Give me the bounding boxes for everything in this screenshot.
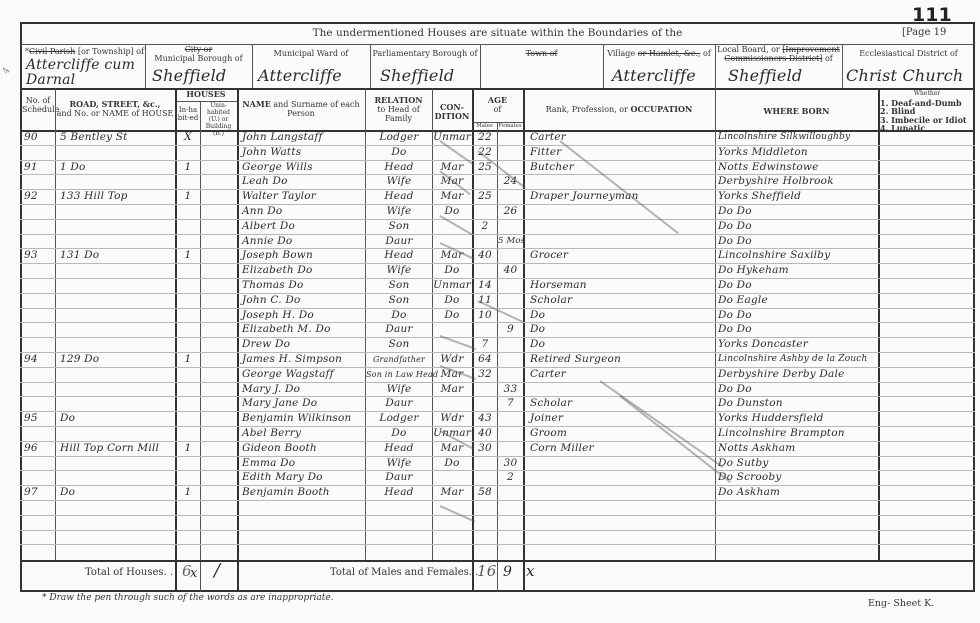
- relation-cell: Grandfather: [366, 352, 432, 367]
- male-age-cell: 30: [473, 441, 497, 456]
- district-village-label: Village or Hamlet, &c., of: [603, 49, 715, 58]
- relation-cell: Head: [366, 160, 432, 175]
- total-females: 9: [503, 564, 512, 580]
- where-born-cell: Notts Edwinstowe: [718, 160, 876, 175]
- female-age-cell: [498, 219, 523, 234]
- where-born-cell: Derbyshire Holbrook: [718, 174, 876, 189]
- female-age-cell: [498, 145, 523, 160]
- inhabited-cell: 1: [176, 441, 200, 456]
- address-cell: Do: [60, 485, 172, 500]
- name-cell: Mary Jane Do: [242, 396, 364, 411]
- address-cell: [60, 174, 172, 189]
- male-age-cell: 40: [473, 426, 497, 441]
- name-cell: Leah Do: [242, 174, 364, 189]
- address-cell: [60, 145, 172, 160]
- total-males: 16: [477, 562, 497, 580]
- address-cell: [60, 396, 172, 411]
- name-cell: Benjamin Booth: [242, 485, 364, 500]
- schedule-cell: [24, 293, 54, 308]
- district-ecclesiastical-value: Christ Church: [846, 66, 963, 85]
- address-cell: 5 Bentley St: [60, 130, 172, 145]
- name-cell: Edith Mary Do: [242, 470, 364, 485]
- condition-cell: Unmar: [433, 278, 471, 293]
- occupation-cell: [530, 174, 714, 189]
- name-cell: Abel Berry: [242, 426, 364, 441]
- address-cell: [60, 470, 172, 485]
- where-born-cell: Do Dunston: [718, 396, 876, 411]
- schedule-cell: 91: [24, 160, 54, 175]
- address-cell: [60, 263, 172, 278]
- schedule-cell: 92: [24, 189, 54, 204]
- occupation-cell: Retired Surgeon: [530, 352, 714, 367]
- district-civil-parish-value: Attercliffe cum Darnal: [26, 58, 144, 88]
- inhabited-cell: [176, 322, 200, 337]
- relation-cell: Wife: [366, 456, 432, 471]
- condition-cell: Do: [433, 293, 471, 308]
- schedule-cell: 90: [24, 130, 54, 145]
- inhabited-cell: 1: [176, 352, 200, 367]
- page-label: [Page 19: [902, 27, 946, 38]
- condition-cell: Unmar: [433, 130, 471, 145]
- district-village-value: Attercliffe: [612, 66, 696, 85]
- address-cell: [60, 234, 172, 249]
- schedule-cell: [24, 426, 54, 441]
- relation-cell: Head: [366, 248, 432, 263]
- district-local-board-label: Local Board, or [Improvement Commissione…: [715, 45, 842, 63]
- inhabited-cell: 1: [176, 160, 200, 175]
- district-ecclesiastical-label: Ecclesiastical District of: [842, 49, 975, 58]
- inhabited-cell: 1: [176, 248, 200, 263]
- occupation-cell: Do: [530, 322, 714, 337]
- inhabited-cell: X: [176, 130, 200, 145]
- relation-cell: Do: [366, 426, 432, 441]
- name-cell: Ann Do: [242, 204, 364, 219]
- name-cell: John C. Do: [242, 293, 364, 308]
- relation-cell: Head: [366, 485, 432, 500]
- inhabited-cell: [176, 278, 200, 293]
- male-age-cell: [473, 234, 497, 249]
- sheet-label: Eng- Sheet K.: [868, 598, 934, 609]
- condition-cell: Mar: [433, 485, 471, 500]
- where-born-cell: Do Do: [718, 234, 876, 249]
- male-age-cell: 25: [473, 189, 497, 204]
- name-cell: James H. Simpson: [242, 352, 364, 367]
- inhabited-cell: [176, 396, 200, 411]
- male-age-cell: 22: [473, 130, 497, 145]
- condition-cell: Mar: [433, 160, 471, 175]
- where-born-cell: Do Scrooby: [718, 470, 876, 485]
- address-cell: [60, 219, 172, 234]
- occupation-cell: [530, 456, 714, 471]
- female-age-cell: [498, 293, 523, 308]
- female-age-cell: [498, 278, 523, 293]
- inhabited-cell: [176, 234, 200, 249]
- male-age-cell: 64: [473, 352, 497, 367]
- schedule-cell: [24, 308, 54, 323]
- inhabited-cell: [176, 426, 200, 441]
- district-parliamentary-label: Parliamentary Borough of: [370, 49, 480, 58]
- relation-cell: Son: [366, 293, 432, 308]
- name-cell: Joseph H. Do: [242, 308, 364, 323]
- schedule-cell: 94: [24, 352, 54, 367]
- male-age-cell: 2: [473, 219, 497, 234]
- district-municipal-borough-value: Sheffield: [152, 66, 226, 85]
- total-mark: x: [526, 562, 535, 580]
- where-born-cell: Lincolnshire Silkwilloughby: [718, 130, 876, 145]
- col-females: Females: [497, 123, 523, 130]
- col-name: NAME and Surname of each Person: [237, 100, 365, 118]
- male-age-cell: 14: [473, 278, 497, 293]
- relation-cell: Daur: [366, 470, 432, 485]
- where-born-cell: Do Do: [718, 219, 876, 234]
- male-age-cell: [473, 382, 497, 397]
- where-born-cell: Do Do: [718, 322, 876, 337]
- col-condition: CON-DITION: [434, 103, 470, 121]
- female-age-cell: 40: [498, 263, 523, 278]
- col-occupation: Rank, Profession, or OCCUPATION: [523, 105, 715, 114]
- relation-cell: Son: [366, 278, 432, 293]
- male-age-cell: [473, 396, 497, 411]
- relation-cell: Lodger: [366, 130, 432, 145]
- relation-cell: Son: [366, 337, 432, 352]
- relation-cell: Do: [366, 308, 432, 323]
- inhabited-cell: 1: [176, 189, 200, 204]
- condition-cell: Wdr: [433, 411, 471, 426]
- where-born-cell: Do Hykeham: [718, 263, 876, 278]
- relation-cell: Head: [366, 441, 432, 456]
- address-cell: [60, 204, 172, 219]
- schedule-cell: [24, 219, 54, 234]
- col-infirmity: Whether 1. Deaf-and-Dumb 2. Blind 3. Imb…: [880, 90, 974, 133]
- address-cell: [60, 278, 172, 293]
- col-road: ROAD, STREET, &c.,and No. or NAME of HOU…: [55, 100, 175, 118]
- district-ward-value: Attercliffe: [258, 66, 342, 85]
- address-cell: [60, 382, 172, 397]
- address-cell: 1 Do: [60, 160, 172, 175]
- inhabited-cell: [176, 219, 200, 234]
- schedule-cell: [24, 145, 54, 160]
- relation-cell: Daur: [366, 234, 432, 249]
- name-cell: Walter Taylor: [242, 189, 364, 204]
- schedule-cell: [24, 396, 54, 411]
- name-cell: Gideon Booth: [242, 441, 364, 456]
- female-age-cell: [498, 426, 523, 441]
- where-born-cell: Notts Askham: [718, 441, 876, 456]
- where-born-cell: Yorks Sheffield: [718, 189, 876, 204]
- col-males: Males: [472, 123, 497, 130]
- male-age-cell: 32: [473, 367, 497, 382]
- male-age-cell: 40: [473, 248, 497, 263]
- schedule-cell: [24, 470, 54, 485]
- female-age-cell: [498, 441, 523, 456]
- schedule-cell: [24, 204, 54, 219]
- male-age-cell: 58: [473, 485, 497, 500]
- schedule-cell: [24, 174, 54, 189]
- address-cell: [60, 293, 172, 308]
- schedule-cell: [24, 234, 54, 249]
- inhabited-cell: [176, 174, 200, 189]
- inhabited-cell: [176, 456, 200, 471]
- district-parliamentary-value: Sheffield: [380, 66, 454, 85]
- relation-cell: Wife: [366, 382, 432, 397]
- inhabited-cell: [176, 382, 200, 397]
- district-civil-parish-label: *Civil Parish [or Township] of: [25, 47, 145, 56]
- female-age-cell: [498, 352, 523, 367]
- inhabited-cell: [176, 470, 200, 485]
- occupation-cell: [530, 485, 714, 500]
- schedule-cell: [24, 456, 54, 471]
- name-cell: Drew Do: [242, 337, 364, 352]
- schedule-cell: [24, 278, 54, 293]
- occupation-cell: [530, 204, 714, 219]
- occupation-cell: Carter: [530, 367, 714, 382]
- relation-cell: Wife: [366, 263, 432, 278]
- total-houses-mark: x: [190, 566, 198, 581]
- condition-cell: [433, 322, 471, 337]
- name-cell: Benjamin Wilkinson: [242, 411, 364, 426]
- schedule-cell: [24, 382, 54, 397]
- footnote: * Draw the pen through such of the words…: [42, 593, 334, 603]
- inhabited-cell: [176, 204, 200, 219]
- address-cell: [60, 308, 172, 323]
- where-born-cell: Yorks Doncaster: [718, 337, 876, 352]
- female-age-cell: 9: [498, 322, 523, 337]
- total-houses-uninhabited: /: [214, 560, 220, 581]
- condition-cell: Mar: [433, 382, 471, 397]
- name-cell: Emma Do: [242, 456, 364, 471]
- where-born-cell: Do Eagle: [718, 293, 876, 308]
- address-cell: 133 Hill Top: [60, 189, 172, 204]
- occupation-cell: Grocer: [530, 248, 714, 263]
- inhabited-cell: [176, 145, 200, 160]
- female-age-cell: 5 Mos: [498, 234, 523, 249]
- female-age-cell: 26: [498, 204, 523, 219]
- name-cell: John Watts: [242, 145, 364, 160]
- condition-cell: [433, 396, 471, 411]
- schedule-cell: 96: [24, 441, 54, 456]
- address-cell: [60, 322, 172, 337]
- col-age: AGEof: [472, 96, 523, 114]
- schedule-cell: [24, 367, 54, 382]
- condition-cell: Do: [433, 308, 471, 323]
- female-age-cell: [498, 485, 523, 500]
- occupation-cell: [530, 470, 714, 485]
- male-age-cell: [473, 322, 497, 337]
- male-age-cell: 43: [473, 411, 497, 426]
- inhabited-cell: [176, 263, 200, 278]
- name-cell: Joseph Bown: [242, 248, 364, 263]
- address-cell: Hill Top Corn Mill: [60, 441, 172, 456]
- col-houses: HOUSES: [175, 90, 237, 99]
- occupation-cell: Scholar: [530, 293, 714, 308]
- name-cell: Mary J. Do: [242, 382, 364, 397]
- schedule-cell: [24, 263, 54, 278]
- name-cell: George Wagstaff: [242, 367, 364, 382]
- form-title: The undermentioned Houses are situate wi…: [20, 27, 975, 39]
- address-cell: [60, 426, 172, 441]
- district-local-board-value: Sheffield: [728, 66, 802, 85]
- occupation-cell: Carter: [530, 130, 714, 145]
- address-cell: 129 Do: [60, 352, 172, 367]
- female-age-cell: [498, 160, 523, 175]
- where-born-cell: Do Do: [718, 308, 876, 323]
- occupation-cell: Do: [530, 337, 714, 352]
- female-age-cell: [498, 189, 523, 204]
- name-cell: Albert Do: [242, 219, 364, 234]
- relation-cell: Daur: [366, 322, 432, 337]
- col-schedule: No. of Schedule: [22, 96, 54, 114]
- name-cell: Thomas Do: [242, 278, 364, 293]
- occupation-cell: [530, 234, 714, 249]
- schedule-cell: [24, 337, 54, 352]
- male-age-cell: [473, 470, 497, 485]
- col-inhabited: In-habit-ed: [177, 106, 199, 122]
- total-houses-label: Total of Houses. .: [85, 567, 173, 578]
- address-cell: [60, 337, 172, 352]
- female-age-cell: [498, 367, 523, 382]
- condition-cell: Do: [433, 456, 471, 471]
- name-cell: George Wills: [242, 160, 364, 175]
- occupation-cell: Horseman: [530, 278, 714, 293]
- relation-cell: Head: [366, 189, 432, 204]
- schedule-cell: 93: [24, 248, 54, 263]
- occupation-cell: Do: [530, 308, 714, 323]
- male-age-cell: [473, 263, 497, 278]
- relation-cell: Son in Law Head: [366, 367, 432, 382]
- inhabited-cell: [176, 367, 200, 382]
- occupation-cell: [530, 219, 714, 234]
- schedule-cell: 95: [24, 411, 54, 426]
- relation-cell: Daur: [366, 396, 432, 411]
- name-cell: John Langstaff: [242, 130, 364, 145]
- inhabited-cell: [176, 293, 200, 308]
- inhabited-cell: 1: [176, 485, 200, 500]
- where-born-cell: Do Sutby: [718, 456, 876, 471]
- inhabited-cell: [176, 411, 200, 426]
- female-age-cell: 2: [498, 470, 523, 485]
- inhabited-cell: [176, 308, 200, 323]
- relation-cell: Wife: [366, 174, 432, 189]
- female-age-cell: [498, 337, 523, 352]
- condition-cell: Do: [433, 263, 471, 278]
- female-age-cell: [498, 411, 523, 426]
- name-cell: Elizabeth M. Do: [242, 322, 364, 337]
- address-cell: 131 Do: [60, 248, 172, 263]
- occupation-cell: Groom: [530, 426, 714, 441]
- relation-cell: Lodger: [366, 411, 432, 426]
- inhabited-cell: [176, 337, 200, 352]
- schedule-cell: [24, 322, 54, 337]
- female-age-cell: 7: [498, 396, 523, 411]
- female-age-cell: 30: [498, 456, 523, 471]
- condition-cell: Wdr: [433, 352, 471, 367]
- female-age-cell: [498, 130, 523, 145]
- occupation-cell: Butcher: [530, 160, 714, 175]
- relation-cell: Do: [366, 145, 432, 160]
- occupation-cell: Fitter: [530, 145, 714, 160]
- name-cell: Elizabeth Do: [242, 263, 364, 278]
- relation-cell: Wife: [366, 204, 432, 219]
- district-municipal-borough-label: City or Municipal Borough of: [145, 45, 252, 63]
- where-born-cell: Lincolnshire Brampton: [718, 426, 876, 441]
- where-born-cell: Do Do: [718, 278, 876, 293]
- male-age-cell: 7: [473, 337, 497, 352]
- condition-cell: [433, 234, 471, 249]
- where-born-cell: Do Do: [718, 204, 876, 219]
- col-where-born: WHERE BORN: [715, 107, 878, 116]
- name-cell: Annie Do: [242, 234, 364, 249]
- female-age-cell: 33: [498, 382, 523, 397]
- address-cell: [60, 367, 172, 382]
- district-ward-label: Municipal Ward of: [252, 49, 370, 58]
- address-cell: [60, 456, 172, 471]
- male-age-cell: [473, 456, 497, 471]
- occupation-cell: Joiner: [530, 411, 714, 426]
- occupation-cell: [530, 263, 714, 278]
- where-born-cell: Lincolnshire Ashby de la Zouch: [718, 352, 876, 367]
- district-town-label: Town of: [480, 49, 603, 58]
- address-cell: Do: [60, 411, 172, 426]
- male-age-cell: [473, 204, 497, 219]
- total-persons-label: Total of Males and Females. .: [330, 567, 478, 578]
- female-age-cell: [498, 248, 523, 263]
- where-born-cell: Yorks Middleton: [718, 145, 876, 160]
- where-born-cell: Do Askham: [718, 485, 876, 500]
- where-born-cell: Derbyshire Derby Dale: [718, 367, 876, 382]
- where-born-cell: Yorks Huddersfield: [718, 411, 876, 426]
- where-born-cell: Do Do: [718, 382, 876, 397]
- schedule-cell: 97: [24, 485, 54, 500]
- male-age-cell: 10: [473, 308, 497, 323]
- relation-cell: Son: [366, 219, 432, 234]
- col-relation: RELATIONto Head of Family: [365, 96, 432, 123]
- margin-mark: 4: [1, 66, 13, 76]
- male-age-cell: [473, 174, 497, 189]
- condition-cell: [433, 470, 471, 485]
- where-born-cell: Lincolnshire Saxilby: [718, 248, 876, 263]
